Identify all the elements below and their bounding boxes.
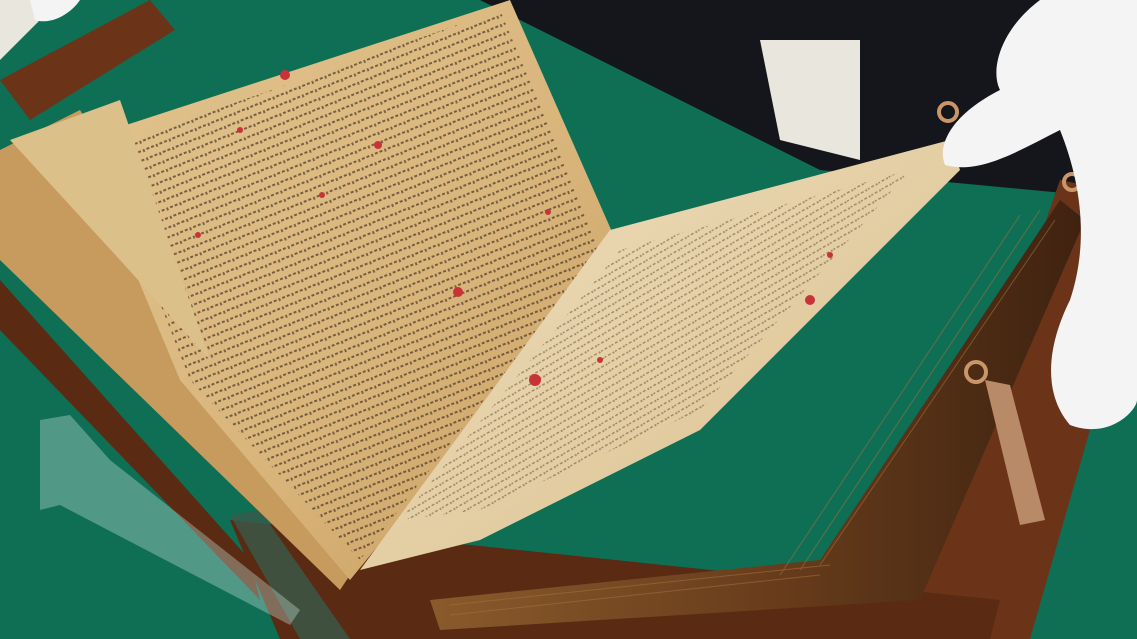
- photo-illustration: [0, 0, 1137, 639]
- manuscript-photo: [0, 0, 1137, 639]
